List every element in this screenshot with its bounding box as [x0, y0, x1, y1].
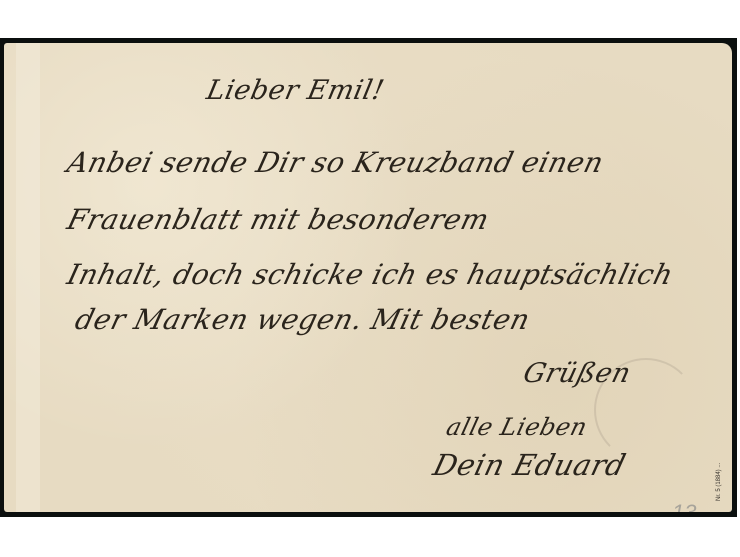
body-line-1: Anbei sende Dir so Kreuzband einen: [64, 146, 607, 179]
body-line-4: der Marken wegen. Mit besten: [72, 303, 534, 336]
printer-mark: Nr. 5 (1884) ...: [716, 463, 722, 501]
body-line-2: Frauenblatt mit besonderem: [64, 203, 493, 236]
signature: Dein Eduard: [430, 448, 630, 482]
postcard-frame: Lieber Emil! Anbei sende Dir so Kreuzban…: [0, 38, 737, 517]
closing-line-2: alle Lieben: [444, 413, 591, 441]
pencil-annotation: 13: [672, 500, 696, 512]
closing-line-1: Grüßen: [520, 358, 634, 389]
greeting-text: Lieber Emil!: [204, 75, 387, 106]
paper-fade: [16, 43, 40, 512]
pencil-annotation-suffix: a: [704, 508, 711, 512]
body-line-3: Inhalt, doch schicke ich es hauptsächlic…: [64, 258, 677, 291]
postcard: Lieber Emil! Anbei sende Dir so Kreuzban…: [4, 43, 732, 512]
